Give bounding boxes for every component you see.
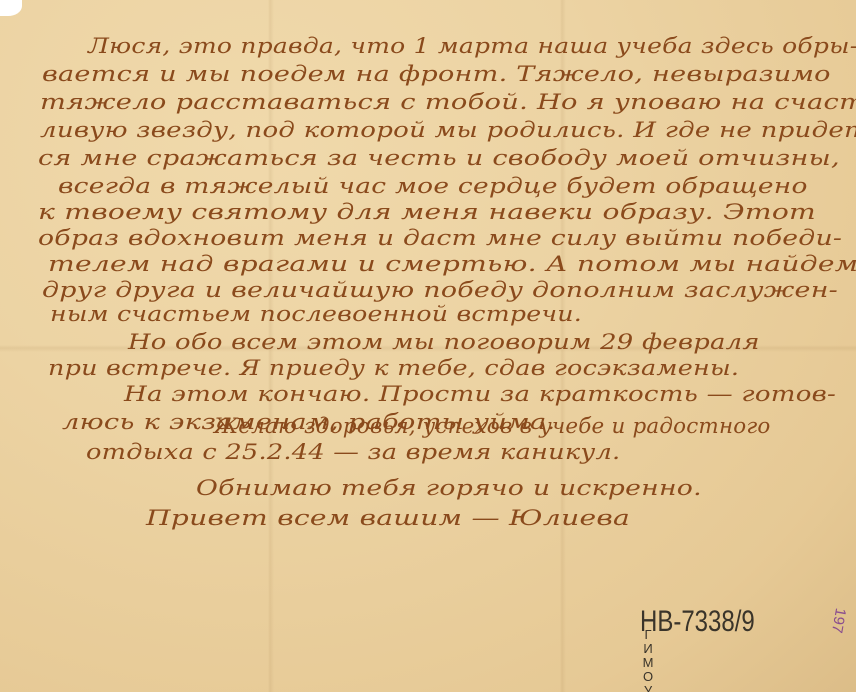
letter-line-11: ным счастьем послевоенной встречи. (50, 302, 582, 326)
letter-line-14: На этом кончаю. Прости за краткость — го… (124, 382, 836, 406)
letter-line-12: Но обо всем этом мы поговорим 29 февраля (128, 330, 760, 354)
letter-line-2: вается и мы поедем на фронт. Тяжело, нев… (42, 62, 831, 86)
letter-signature: Привет всем вашим — Юлиева (146, 506, 630, 530)
letter-line-7: к твоему святому для меня навеки образу.… (38, 200, 816, 224)
letter-line-18: Обнимаю тебя горячо и искренно. (196, 476, 702, 500)
archive-number: НВ-7338/9 (640, 605, 755, 639)
archive-stamp-vertical: ГИМОУ (641, 628, 655, 692)
letter-line-10: друг друга и величайшую победу дополним … (42, 278, 838, 302)
letter-line-16: Желаю здоровья, успехов в учебе и радост… (214, 414, 770, 438)
letter-line-8: образ вдохновит меня и даст мне силу вый… (38, 226, 842, 250)
letter-line-6: всегда в тяжелый час мое сердце будет об… (58, 174, 808, 198)
torn-corner (0, 0, 22, 16)
letter-line-4: ливую звезду, под которой мы родились. И… (40, 118, 856, 142)
letter-line-9: телем над врагами и смертью. А потом мы … (48, 252, 856, 276)
folio-number: 197 (828, 607, 849, 635)
letter-line-1: Люся, это правда, что 1 марта наша учеба… (88, 34, 856, 58)
letter-line-5: ся мне сражаться за честь и свободу моей… (38, 146, 840, 170)
letter-sheet: Люся, это правда, что 1 марта наша учеба… (0, 0, 856, 692)
letter-line-17: отдыха с 25.2.44 — за время каникул. (86, 440, 620, 464)
letter-line-13: при встрече. Я приеду к тебе, сдав госэк… (48, 356, 739, 380)
letter-line-3: тяжело расставаться с тобой. Но я уповаю… (40, 90, 856, 114)
